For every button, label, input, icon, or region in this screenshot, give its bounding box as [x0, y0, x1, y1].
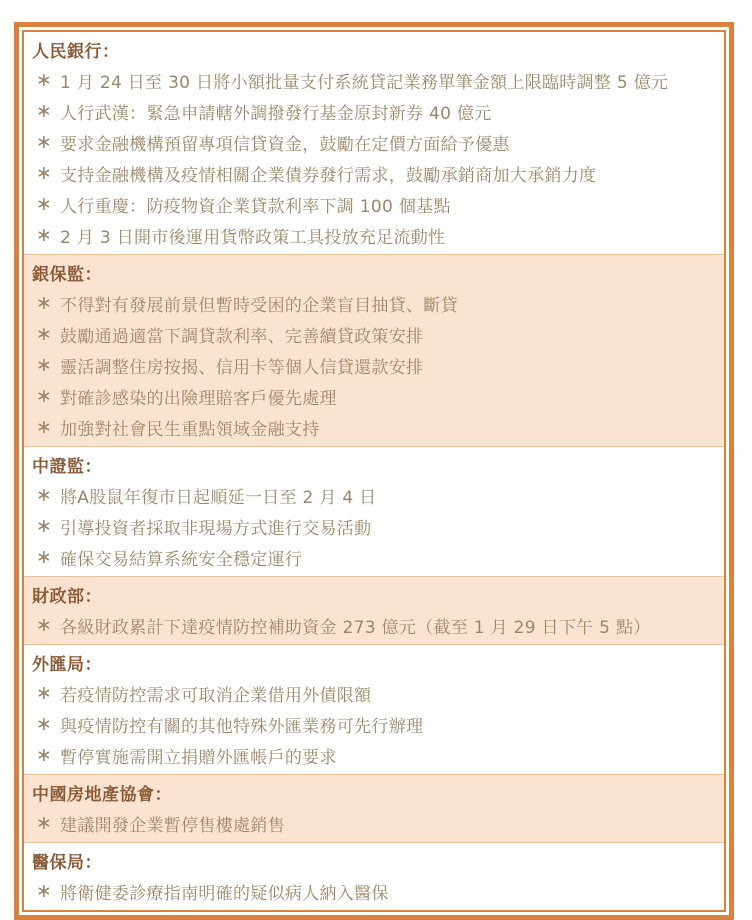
section-title-row: 醫保局：	[24, 845, 724, 876]
item-text: 要求金融機構預留專項信貸資金，鼓勵在定價方面給予優惠	[60, 130, 510, 155]
list-item: ∗ 2 月 3 日開市後運用貨幣政策工具投放充足流動性	[24, 220, 724, 251]
item-text: 1 月 24 日至 30 日將小額批量支付系統貸記業務單筆金額上限臨時調整 5 …	[60, 68, 668, 93]
item-text: 不得對有發展前景但暫時受困的企業盲目抽貸、斷貸	[60, 291, 458, 316]
section-title: 中國房地產協會：	[32, 780, 172, 805]
list-item: ∗ 建議開發企業暫停售樓處銷售	[24, 808, 724, 839]
policy-section-1: 人民銀行： ∗ 1 月 24 日至 30 日將小額批量支付系統貸記業務單筆金額上…	[24, 32, 724, 254]
list-item: ∗ 人行武漢：緊急申請轄外調撥發行基金原封新券 40 億元	[24, 96, 724, 127]
list-item: ∗ 引導投資者採取非現場方式進行交易活動	[24, 511, 724, 542]
item-text: 建議開發企業暫停售樓處銷售	[60, 811, 285, 836]
asterisk-bullet-icon: ∗	[36, 226, 60, 245]
asterisk-bullet-icon: ∗	[36, 325, 60, 344]
policy-section-6: 中國房地產協會： ∗ 建議開發企業暫停售樓處銷售	[24, 774, 724, 842]
list-item: ∗ 暫停實施需開立捐贈外匯帳戶的要求	[24, 740, 724, 771]
section-title: 財政部：	[32, 582, 102, 607]
section-title-row: 中國房地產協會：	[24, 777, 724, 808]
asterisk-bullet-icon: ∗	[36, 684, 60, 703]
item-text: 2 月 3 日開市後運用貨幣政策工具投放充足流動性	[60, 223, 445, 248]
item-text: 將衛健委診療指南明確的疑似病人納入醫保	[60, 879, 389, 904]
item-text: 人行重慶：防疫物資企業貸款利率下調 100 個基點	[60, 192, 451, 217]
section-title: 外匯局：	[32, 650, 102, 675]
list-item: ∗ 將衛健委診療指南明確的疑似病人納入醫保	[24, 876, 724, 907]
policy-table: 人民銀行： ∗ 1 月 24 日至 30 日將小額批量支付系統貸記業務單筆金額上…	[22, 30, 726, 912]
section-title-row: 財政部：	[24, 579, 724, 610]
policy-table-outer-frame: 人民銀行： ∗ 1 月 24 日至 30 日將小額批量支付系統貸記業務單筆金額上…	[14, 22, 734, 920]
item-text: 支持金融機構及疫情相關企業債券發行需求，鼓勵承銷商加大承銷力度	[60, 161, 596, 186]
asterisk-bullet-icon: ∗	[36, 195, 60, 214]
item-text: 鼓勵通過適當下調貸款利率、完善續貸政策安排	[60, 322, 423, 347]
policy-section-2: 銀保監： ∗ 不得對有發展前景但暫時受困的企業盲目抽貸、斷貸 ∗ 鼓勵通過適當下…	[24, 254, 724, 446]
section-title-row: 中證監：	[24, 449, 724, 480]
item-text: 加強對社會民生重點領域金融支持	[60, 415, 320, 440]
list-item: ∗ 人行重慶：防疫物資企業貸款利率下調 100 個基點	[24, 189, 724, 220]
asterisk-bullet-icon: ∗	[36, 387, 60, 406]
section-title: 銀保監：	[32, 260, 102, 285]
policy-summary-page: 人民銀行： ∗ 1 月 24 日至 30 日將小額批量支付系統貸記業務單筆金額上…	[0, 0, 752, 900]
list-item: ∗ 若疫情防控需求可取消企業借用外債限額	[24, 678, 724, 709]
section-title-row: 銀保監：	[24, 257, 724, 288]
asterisk-bullet-icon: ∗	[36, 418, 60, 437]
asterisk-bullet-icon: ∗	[36, 294, 60, 313]
list-item: ∗ 支持金融機構及疫情相關企業債券發行需求，鼓勵承銷商加大承銷力度	[24, 158, 724, 189]
item-text: 靈活調整住房按揭、信用卡等個人信貸還款安排	[60, 353, 423, 378]
asterisk-bullet-icon: ∗	[36, 746, 60, 765]
list-item: ∗ 加強對社會民生重點領域金融支持	[24, 412, 724, 443]
section-title-row: 人民銀行：	[24, 34, 724, 65]
asterisk-bullet-icon: ∗	[36, 71, 60, 90]
list-item: ∗ 靈活調整住房按揭、信用卡等個人信貸還款安排	[24, 350, 724, 381]
section-title: 中證監：	[32, 452, 102, 477]
list-item: ∗ 與疫情防控有關的其他特殊外匯業務可先行辦理	[24, 709, 724, 740]
item-text: 暫停實施需開立捐贈外匯帳戶的要求	[60, 743, 337, 768]
section-title-row: 外匯局：	[24, 647, 724, 678]
list-item: ∗ 1 月 24 日至 30 日將小額批量支付系統貸記業務單筆金額上限臨時調整 …	[24, 65, 724, 96]
list-item: ∗ 對確診感染的出險理賠客戶優先處理	[24, 381, 724, 412]
policy-section-4: 財政部： ∗ 各級財政累計下達疫情防控補助資金 273 億元（截至 1 月 29…	[24, 576, 724, 644]
policy-section-5: 外匯局： ∗ 若疫情防控需求可取消企業借用外債限額 ∗ 與疫情防控有關的其他特殊…	[24, 644, 724, 774]
section-title: 醫保局：	[32, 848, 102, 873]
item-text: 將A股鼠年復市日起順延一日至 2 月 4 日	[60, 483, 376, 508]
item-text: 確保交易結算系統安全穩定運行	[60, 545, 302, 570]
item-text: 引導投資者採取非現場方式進行交易活動	[60, 514, 371, 539]
list-item: ∗ 鼓勵通過適當下調貸款利率、完善續貸政策安排	[24, 319, 724, 350]
item-text: 若疫情防控需求可取消企業借用外債限額	[60, 681, 371, 706]
asterisk-bullet-icon: ∗	[36, 548, 60, 567]
list-item: ∗ 各級財政累計下達疫情防控補助資金 273 億元（截至 1 月 29 日下午 …	[24, 610, 724, 641]
item-text: 與疫情防控有關的其他特殊外匯業務可先行辦理	[60, 712, 423, 737]
asterisk-bullet-icon: ∗	[36, 517, 60, 536]
asterisk-bullet-icon: ∗	[36, 164, 60, 183]
asterisk-bullet-icon: ∗	[36, 715, 60, 734]
section-title: 人民銀行：	[32, 37, 120, 62]
asterisk-bullet-icon: ∗	[36, 356, 60, 375]
item-text: 人行武漢：緊急申請轄外調撥發行基金原封新券 40 億元	[60, 99, 492, 124]
asterisk-bullet-icon: ∗	[36, 814, 60, 833]
asterisk-bullet-icon: ∗	[36, 882, 60, 901]
item-text: 對確診感染的出險理賠客戶優先處理	[60, 384, 337, 409]
list-item: ∗ 要求金融機構預留專項信貸資金，鼓勵在定價方面給予優惠	[24, 127, 724, 158]
asterisk-bullet-icon: ∗	[36, 616, 60, 635]
item-text: 各級財政累計下達疫情防控補助資金 273 億元（截至 1 月 29 日下午 5 …	[60, 613, 651, 638]
asterisk-bullet-icon: ∗	[36, 102, 60, 121]
list-item: ∗ 確保交易結算系統安全穩定運行	[24, 542, 724, 573]
list-item: ∗ 不得對有發展前景但暫時受困的企業盲目抽貸、斷貸	[24, 288, 724, 319]
list-item: ∗ 將A股鼠年復市日起順延一日至 2 月 4 日	[24, 480, 724, 511]
asterisk-bullet-icon: ∗	[36, 486, 60, 505]
asterisk-bullet-icon: ∗	[36, 133, 60, 152]
policy-section-3: 中證監： ∗ 將A股鼠年復市日起順延一日至 2 月 4 日 ∗ 引導投資者採取非…	[24, 446, 724, 576]
